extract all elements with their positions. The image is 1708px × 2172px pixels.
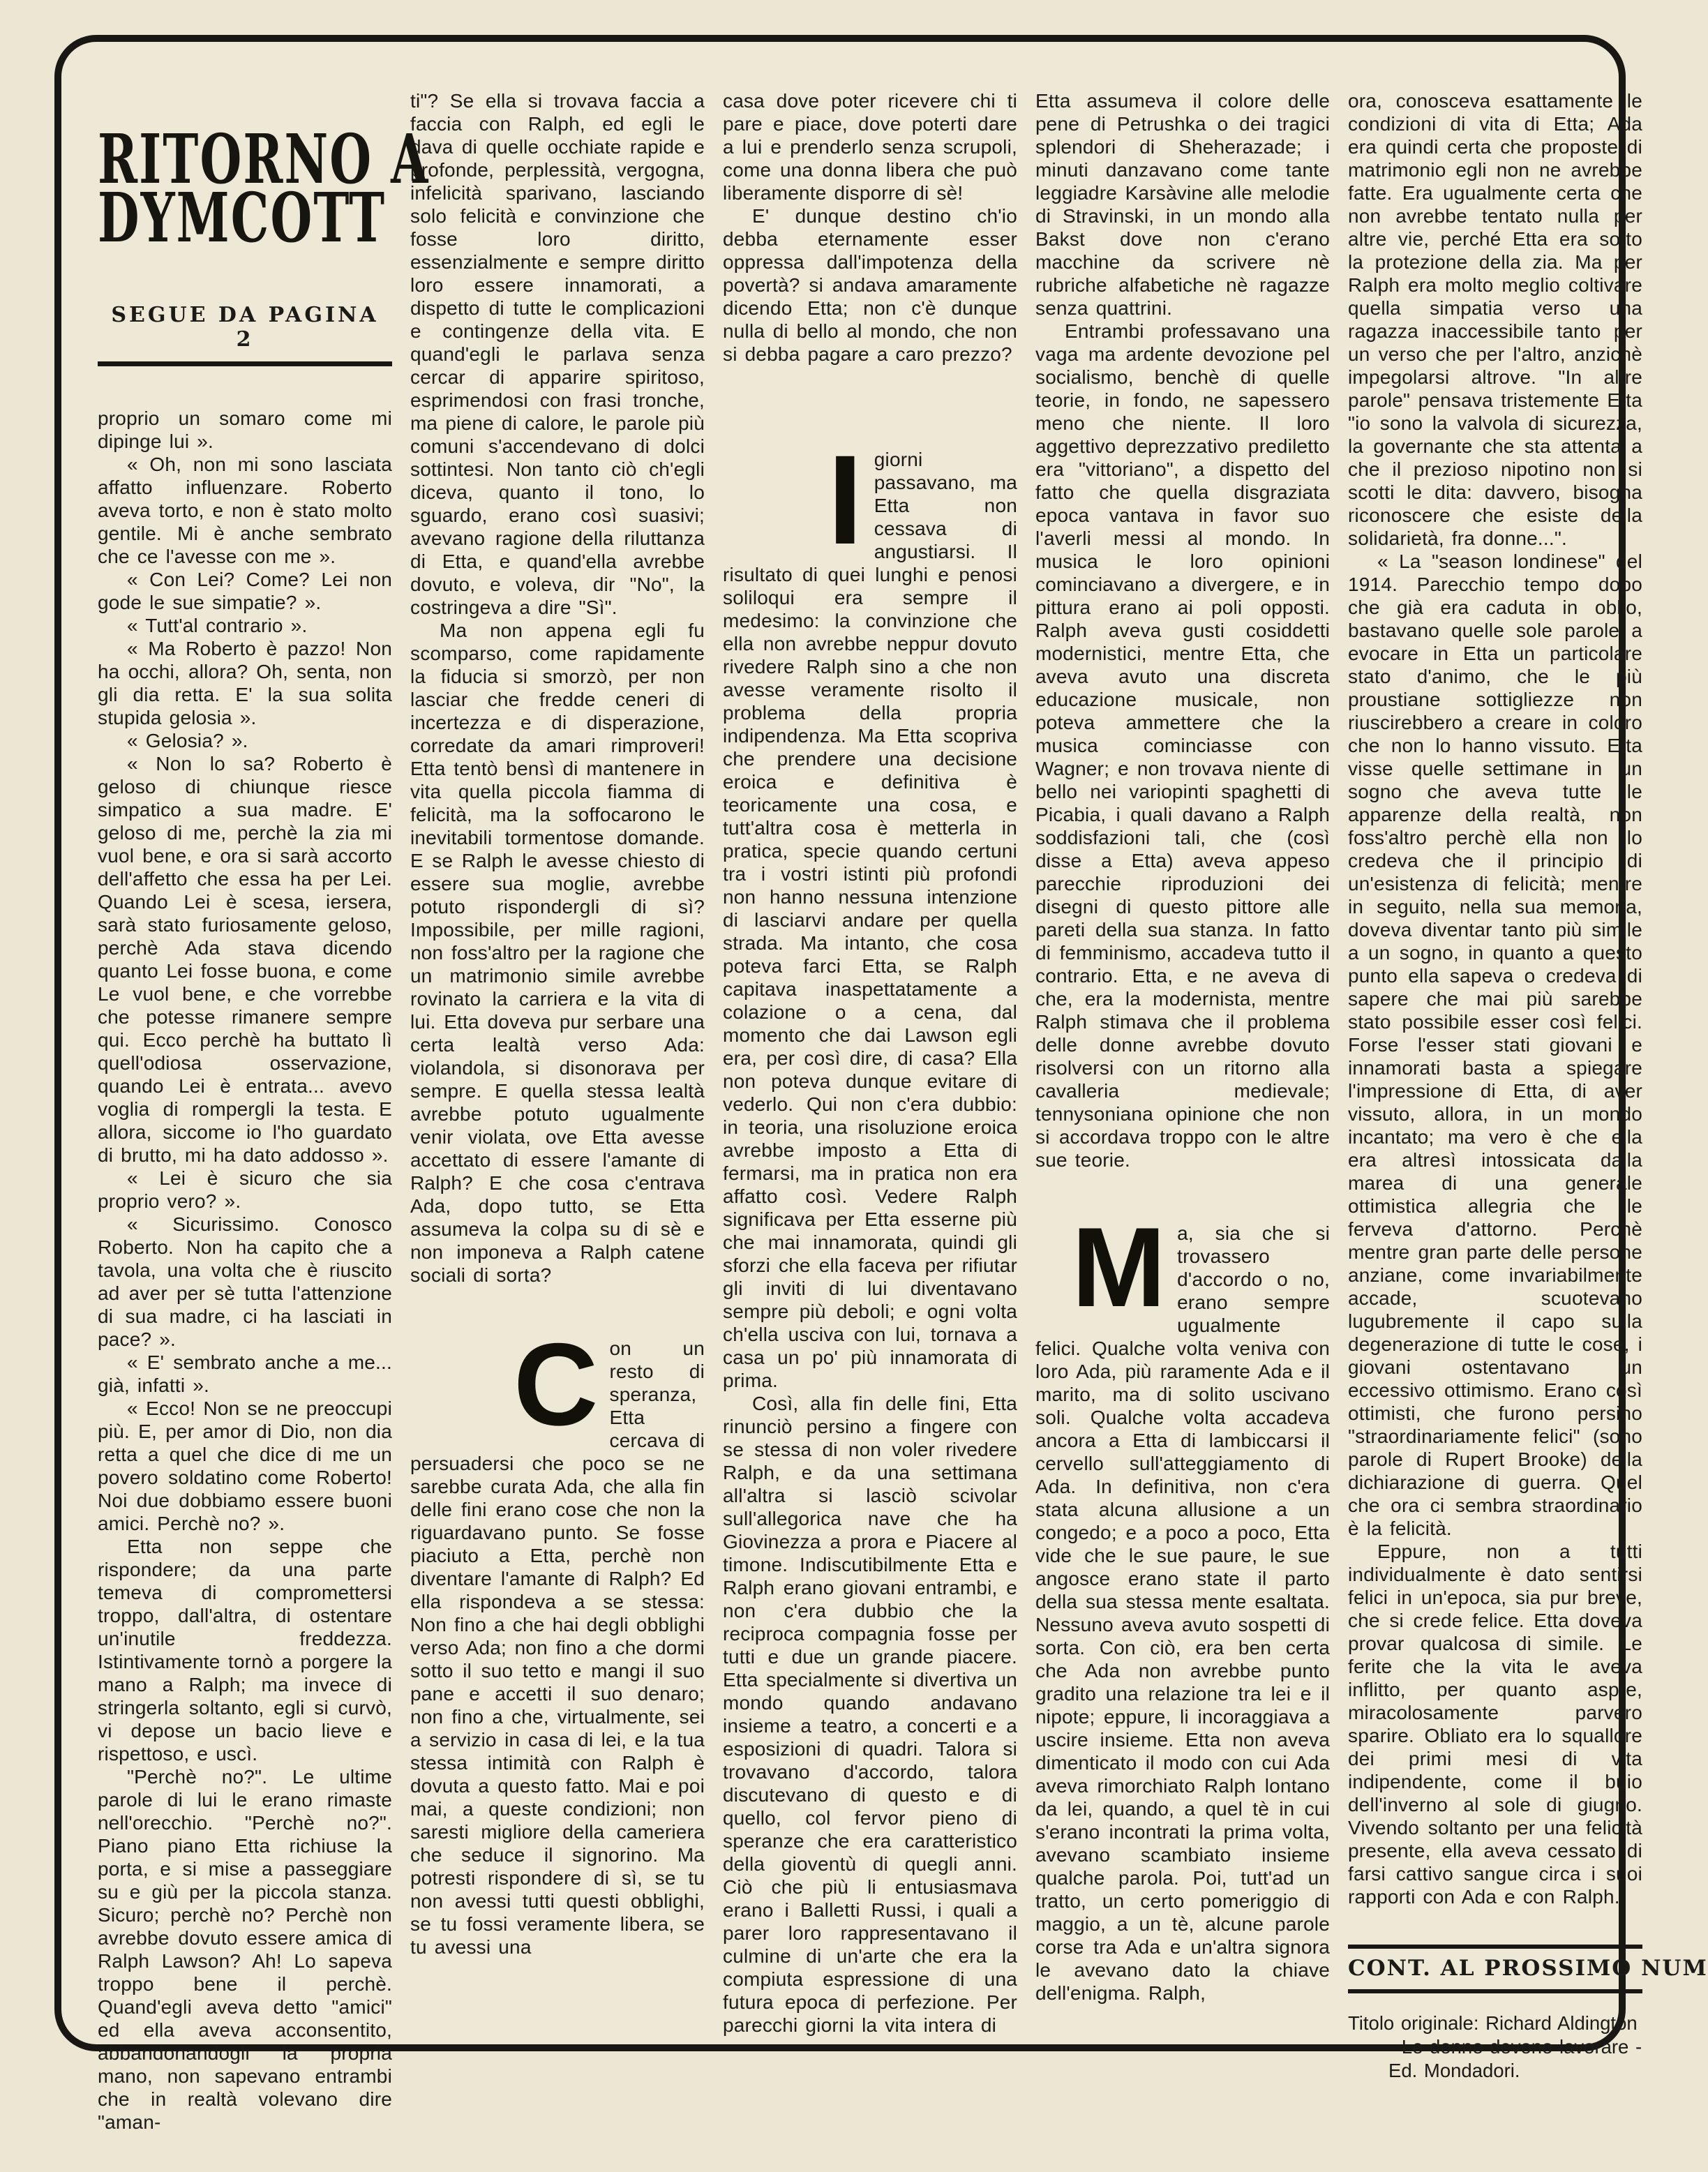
paragraph: Con un resto di speranza, Etta cercava d… [410,1337,705,1958]
paragraph: Ma, sia che si trovassero d'accordo o no… [1035,1222,1330,2005]
continued-from-note: SEGUE DA PAGINA 2 [98,303,392,366]
magazine-page: { "header": { "title_line1": "RITORNO A"… [0,0,1708,2172]
paragraph: « Con Lei? Come? Lei non gode le sue sim… [98,568,392,614]
paragraph: « La "season londinese" del 1914. Parecc… [1348,550,1642,1540]
paragraph: Igiorni passavano, ma Etta non cessava d… [723,448,1017,1392]
column-1-text: proprio un somaro come mi dipinge lui ».… [98,407,392,2134]
paragraph: casa dove poter ricevere chi ti pare e p… [723,89,1017,204]
column-3: casa dove poter ricevere chi ti pare e p… [723,89,1017,2037]
column-2-text: ti"? Se ella si trovava faccia a faccia … [410,89,705,1958]
paragraph: ora, conosceva esattamente le condizioni… [1348,89,1642,550]
article-columns: RITORNO A DYMCOTT SEGUE DA PAGINA 2 prop… [98,89,1641,2134]
paragraph: « Lei è sicuro che sia proprio vero? ». [98,1167,392,1213]
article-title-line2: DYMCOTT [98,174,404,261]
drop-cap: C [514,1337,599,1433]
original-title-credit: Titolo originale: Richard Aldington - Le… [1348,2012,1642,2083]
column-3-text: casa dove poter ricevere chi ti pare e p… [723,89,1017,2037]
paragraph: Ma non appena egli fu scomparso, come ra… [410,619,705,1287]
drop-cap: M [1072,1222,1166,1315]
paragraph: « E' sembrato anche a me... già, infatti… [98,1351,392,1397]
paragraph: Etta non seppe che rispondere; da una pa… [98,1535,392,1765]
paragraph: Entrambi professavano una vaga ma ardent… [1035,320,1330,1171]
paragraph: Eppure, non a tutti individualmente è da… [1348,1540,1642,1908]
paragraph: « Oh, non mi sono lasciata affatto influ… [98,453,392,568]
column-5-text: ora, conosceva esattamente le condizioni… [1348,89,1642,1908]
column-2: ti"? Se ella si trovava faccia a faccia … [410,89,705,1958]
column-1: RITORNO A DYMCOTT SEGUE DA PAGINA 2 prop… [98,89,392,2134]
continued-to-note: CONT. AL PROSSIMO NUMERO [1348,1945,1642,1993]
paragraph: « Non lo sa? Roberto è geloso di chiunqu… [98,752,392,1167]
drop-cap: I [827,448,863,552]
paragraph: ti"? Se ella si trovava faccia a faccia … [410,89,705,619]
article-title: RITORNO A DYMCOTT [98,116,392,292]
paragraph: « Ecco! Non se ne preoccupi più. E, per … [98,1397,392,1535]
paragraph: « Ma Roberto è pazzo! Non ha occhi, allo… [98,637,392,729]
paragraph: Così, alla fin delle fini, Etta rinunciò… [723,1392,1017,2037]
paragraph: "Perchè no?". Le ultime parole di lui le… [98,1765,392,2134]
paragraph: « Tutt'al contrario ». [98,614,392,637]
column-5: ora, conosceva esattamente le condizioni… [1348,89,1642,2083]
column-4: Etta assumeva il colore delle pene di Pe… [1035,89,1330,2005]
paragraph: « Sicurissimo. Conosco Roberto. Non ha c… [98,1213,392,1351]
column-4-text: Etta assumeva il colore delle pene di Pe… [1035,89,1330,2005]
paragraph: « Gelosia? ». [98,729,392,752]
paragraph: Etta assumeva il colore delle pene di Pe… [1035,89,1330,320]
paragraph: proprio un somaro come mi dipinge lui ». [98,407,392,453]
paragraph: E' dunque destino ch'io debba eternament… [723,204,1017,366]
